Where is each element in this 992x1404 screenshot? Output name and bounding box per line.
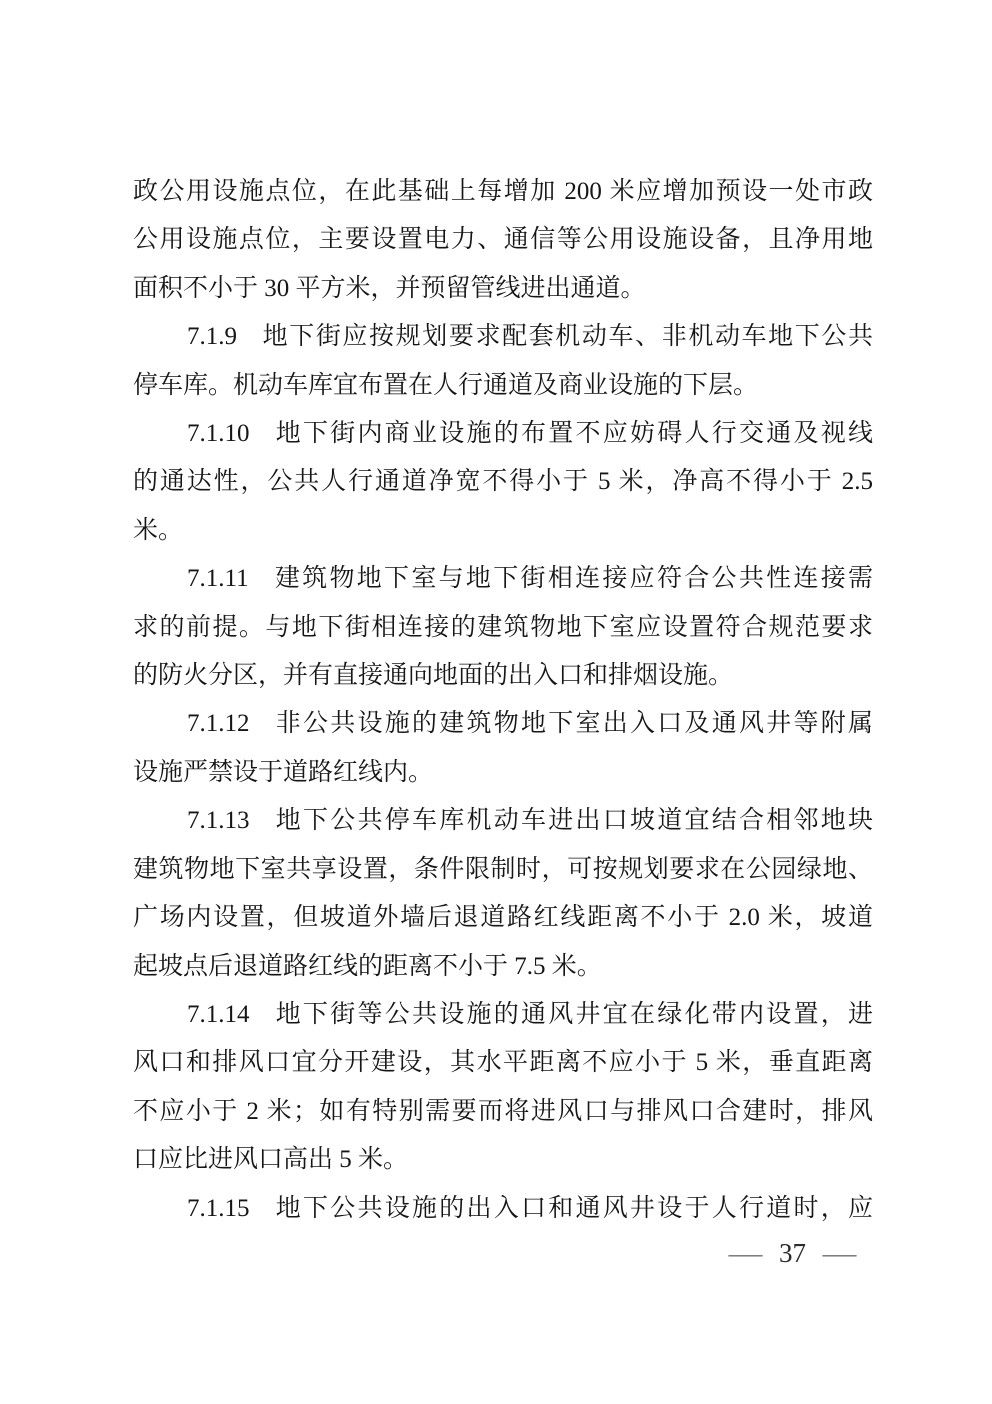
clause-text: 地下街等公共设施的通风井宜在绿化带内设置，进 bbox=[274, 1001, 874, 1028]
text-line: 的防火分区，并有直接通向地面的出入口和排烟设施。 bbox=[133, 652, 873, 700]
text-line: 面积不小于 30 平方米，并预留管线进出通道。 bbox=[133, 265, 873, 313]
paragraph-continuation: 政公用设施点位，在此基础上每增加 200 米应增加预设一处市政 公用设施点位，主… bbox=[133, 168, 873, 313]
paragraph-7-1-14: 7.1.14地下街等公共设施的通风井宜在绿化带内设置，进 风口和排风口宜分开建设… bbox=[133, 991, 873, 1185]
section-number: 7.1.10 bbox=[187, 420, 250, 447]
document-body: 政公用设施点位，在此基础上每增加 200 米应增加预设一处市政 公用设施点位，主… bbox=[133, 168, 873, 1233]
footer-left-dash: — bbox=[729, 1238, 763, 1269]
page-footer: — 37 — bbox=[732, 1238, 853, 1269]
text-line: 广场内设置，但坡道外墙后退道路红线距离不小于 2.0 米，坡道 bbox=[133, 894, 873, 942]
section-number: 7.1.13 bbox=[187, 807, 250, 834]
section-number: 7.1.9 bbox=[187, 323, 237, 350]
footer-right-dash: — bbox=[823, 1238, 857, 1269]
text-line: 7.1.14地下街等公共设施的通风井宜在绿化带内设置，进 bbox=[133, 991, 873, 1039]
text-line: 7.1.15地下公共设施的出入口和通风井设于人行道时，应 bbox=[133, 1185, 873, 1233]
text-line: 的通达性，公共人行通道净宽不得小于 5 米，净高不得小于 2.5 bbox=[133, 458, 873, 506]
page-number: 37 bbox=[779, 1238, 806, 1269]
text-line: 公用设施点位，主要设置电力、通信等公用设施设备，且净用地 bbox=[133, 216, 873, 264]
clause-text: 地下公共停车库机动车进出口坡道宜结合相邻地块 bbox=[274, 807, 874, 834]
text-line: 政公用设施点位，在此基础上每增加 200 米应增加预设一处市政 bbox=[133, 168, 873, 216]
clause-text: 地下街应按规划要求配套机动车、非机动车地下公共 bbox=[261, 323, 873, 350]
document-page: 政公用设施点位，在此基础上每增加 200 米应增加预设一处市政 公用设施点位，主… bbox=[0, 0, 992, 1404]
clause-text: 建筑物地下室与地下街相连接应符合公共性连接需 bbox=[273, 565, 873, 592]
text-line: 设施严禁设于道路红线内。 bbox=[133, 749, 873, 797]
text-line: 不应小于 2 米；如有特别需要而将进风口与排风口合建时，排风 bbox=[133, 1088, 873, 1136]
text-line: 起坡点后退道路红线的距离不小于 7.5 米。 bbox=[133, 943, 873, 991]
clause-text: 地下街内商业设施的布置不应妨碍人行交通及视线 bbox=[274, 420, 874, 447]
section-number: 7.1.12 bbox=[187, 710, 250, 737]
clause-text: 非公共设施的建筑物地下室出入口及通风井等附属 bbox=[274, 710, 874, 737]
section-number: 7.1.14 bbox=[187, 1001, 250, 1028]
text-line: 停车库。机动车库宜布置在人行通道及商业设施的下层。 bbox=[133, 362, 873, 410]
text-line: 风口和排风口宜分开建设，其水平距离不应小于 5 米，垂直距离 bbox=[133, 1039, 873, 1087]
text-line: 建筑物地下室共享设置，条件限制时，可按规划要求在公园绿地、 bbox=[133, 846, 873, 894]
paragraph-7-1-11: 7.1.11建筑物地下室与地下街相连接应符合公共性连接需 求的前提。与地下街相连… bbox=[133, 555, 873, 700]
paragraph-7-1-10: 7.1.10地下街内商业设施的布置不应妨碍人行交通及视线 的通达性，公共人行通道… bbox=[133, 410, 873, 555]
text-line: 7.1.10地下街内商业设施的布置不应妨碍人行交通及视线 bbox=[133, 410, 873, 458]
section-number: 7.1.11 bbox=[187, 565, 249, 592]
paragraph-7-1-9: 7.1.9地下街应按规划要求配套机动车、非机动车地下公共 停车库。机动车库宜布置… bbox=[133, 313, 873, 410]
text-line: 7.1.13地下公共停车库机动车进出口坡道宜结合相邻地块 bbox=[133, 797, 873, 845]
text-line: 7.1.9地下街应按规划要求配套机动车、非机动车地下公共 bbox=[133, 313, 873, 361]
paragraph-7-1-13: 7.1.13地下公共停车库机动车进出口坡道宜结合相邻地块 建筑物地下室共享设置，… bbox=[133, 797, 873, 991]
text-line: 求的前提。与地下街相连接的建筑物地下室应设置符合规范要求 bbox=[133, 604, 873, 652]
paragraph-7-1-15: 7.1.15地下公共设施的出入口和通风井设于人行道时，应 bbox=[133, 1185, 873, 1233]
text-line: 7.1.12非公共设施的建筑物地下室出入口及通风井等附属 bbox=[133, 700, 873, 748]
paragraph-7-1-12: 7.1.12非公共设施的建筑物地下室出入口及通风井等附属 设施严禁设于道路红线内… bbox=[133, 700, 873, 797]
section-number: 7.1.15 bbox=[187, 1195, 250, 1222]
text-line: 口应比进风口高出 5 米。 bbox=[133, 1136, 873, 1184]
clause-text: 地下公共设施的出入口和通风井设于人行道时，应 bbox=[274, 1195, 874, 1222]
text-line: 米。 bbox=[133, 507, 873, 555]
text-line: 7.1.11建筑物地下室与地下街相连接应符合公共性连接需 bbox=[133, 555, 873, 603]
